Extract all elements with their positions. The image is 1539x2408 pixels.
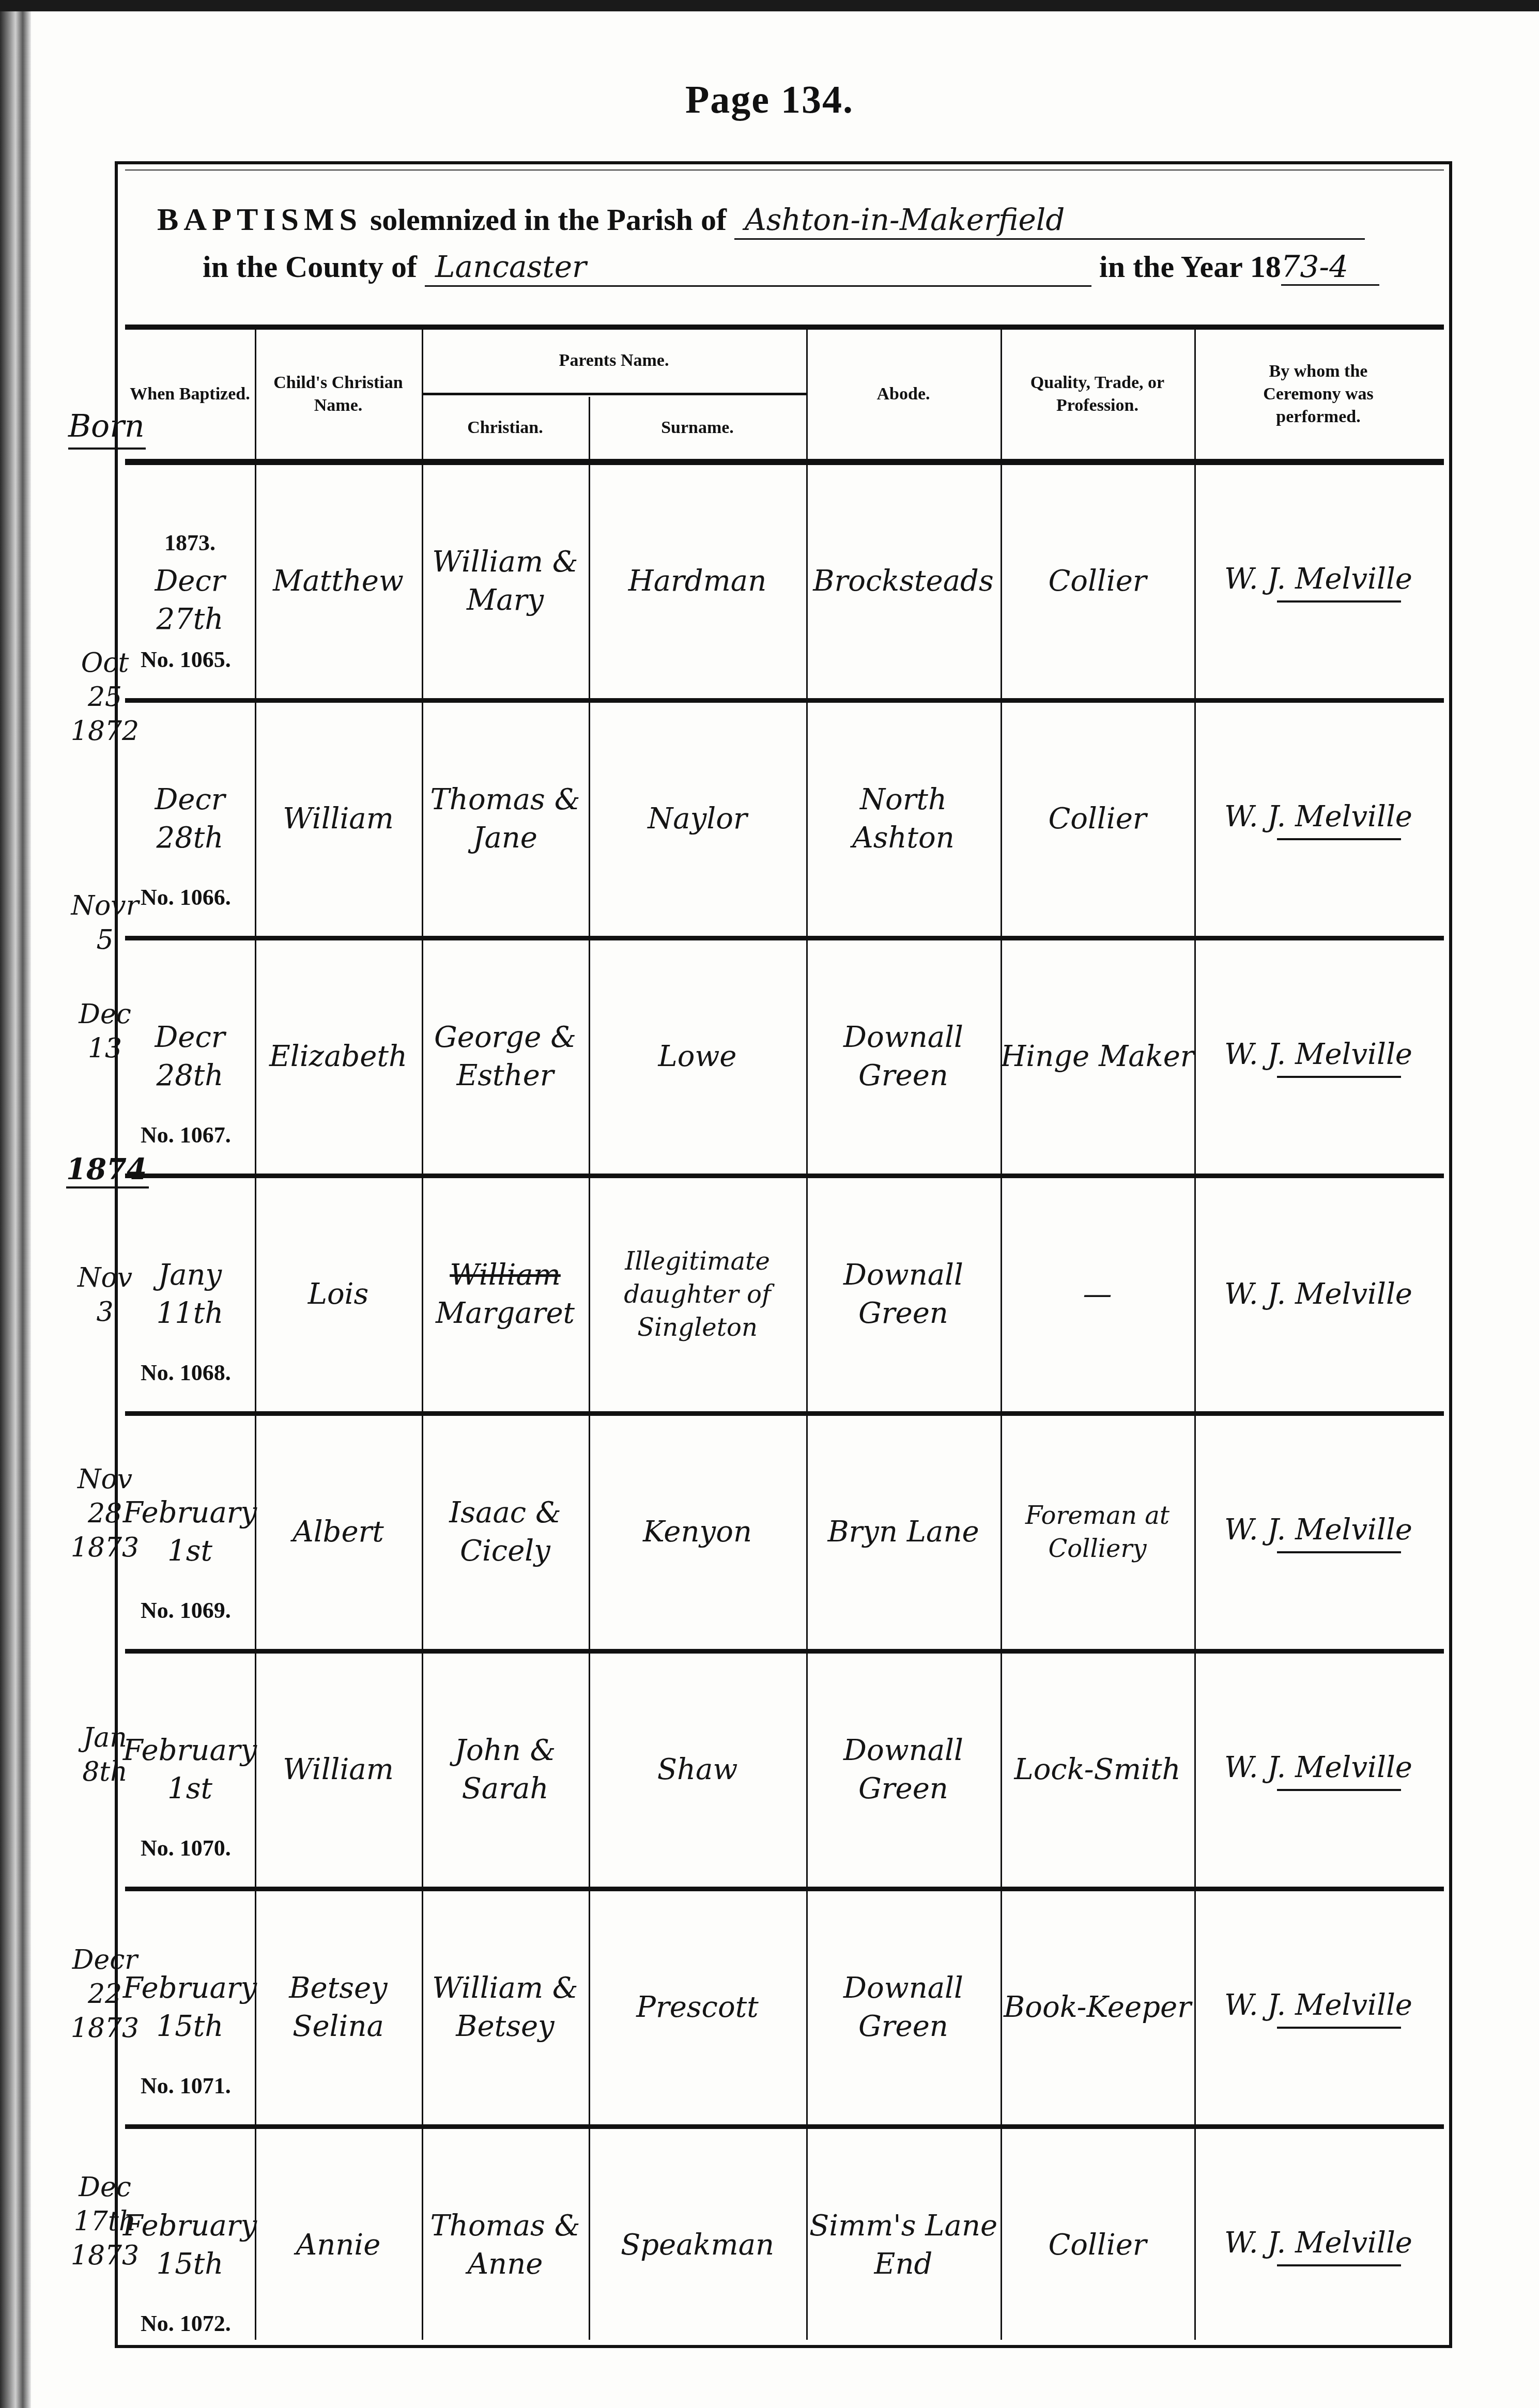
heading-parish-label: solemnized in the Parish of	[370, 203, 727, 237]
cell-by-whom: W. J. Melville	[1194, 465, 1442, 698]
county-field: Lancaster	[425, 249, 1091, 287]
cell-when-baptized: February 1st No. 1070.	[125, 1654, 255, 1886]
cell-surname: Kenyon	[589, 1416, 806, 1648]
row-divider	[125, 1411, 1444, 1416]
table-row: February 15th No. 1072. Annie Thomas & A…	[125, 2129, 1444, 2367]
cell-abode: Simm's Lane End	[806, 2129, 1001, 2361]
row-divider	[125, 936, 1444, 940]
table-row: February 1st No. 1070. William John & Sa…	[125, 1654, 1444, 1891]
baptism-date: Decr 27th	[125, 562, 255, 639]
heading-county-label: in the County of	[203, 250, 417, 284]
page-top-edge	[0, 0, 1539, 11]
page-number: Page 134.	[0, 78, 1539, 122]
cell-abode: Downall Green	[806, 1891, 1001, 2124]
minister-signature: W. J. Melville	[1224, 2224, 1412, 2262]
header-by-whom: By whom the Ceremony was performed.	[1194, 330, 1442, 459]
cell-parents-christian: George & Esther	[422, 940, 589, 1173]
mother-name: Margaret	[436, 1294, 575, 1333]
minister-signature: W. J. Melville	[1224, 1511, 1412, 1549]
cell-by-whom: W. J. Melville	[1194, 940, 1442, 1173]
signature-underline	[1277, 1551, 1401, 1553]
header-abode: Abode.	[806, 330, 1001, 459]
cell-surname: Hardman	[589, 465, 806, 698]
header-when-baptized: When Baptized.	[125, 330, 255, 459]
table-row: February 1st No. 1069. Albert Isaac & Ci…	[125, 1416, 1444, 1654]
heading-line-1: BAPTISMS solemnized in the Parish of Ash…	[157, 202, 1365, 240]
register-frame: BAPTISMS solemnized in the Parish of Ash…	[115, 161, 1452, 2348]
entry-year: 1873.	[164, 524, 216, 562]
baptism-date: February 15th	[123, 2207, 257, 2283]
cell-quality: Lock-Smith	[1001, 1654, 1194, 1886]
minister-signature: W. J. Melville	[1224, 1275, 1412, 1314]
cell-by-whom: W. J. Melville	[1194, 703, 1442, 935]
heading-year-label: in the Year 18	[1099, 250, 1281, 284]
cell-by-whom: W. J. Melville	[1194, 1416, 1442, 1648]
signature-underline	[1277, 1076, 1401, 1078]
cell-quality: Collier	[1001, 2129, 1194, 2361]
header-divider	[125, 459, 1444, 465]
cell-quality: Collier	[1001, 703, 1194, 935]
entry-number: No. 1071.	[141, 2067, 231, 2105]
table-row: February 15th No. 1071. Betsey Selina Wi…	[125, 1891, 1444, 2129]
cell-when-baptized: February 15th No. 1072.	[125, 2129, 255, 2361]
entry-number: No. 1065.	[141, 641, 231, 679]
header-parents-christian: Christian.	[422, 397, 589, 459]
cell-surname: Shaw	[589, 1654, 806, 1886]
minister-signature: W. J. Melville	[1224, 1749, 1412, 1787]
cell-by-whom: W. J. Melville	[1194, 1654, 1442, 1886]
cell-child-name: William	[255, 1654, 422, 1886]
baptism-date: February 1st	[123, 1732, 257, 1808]
cell-parents-christian: Thomas & Anne	[422, 2129, 589, 2361]
table-row: Jany 11th No. 1068. Lois William Margare…	[125, 1178, 1444, 1416]
cell-when-baptized: 1873. Decr 27th No. 1065.	[125, 465, 255, 698]
cell-parents-christian: William & Mary	[422, 465, 589, 698]
cell-quality: Foreman at Colliery	[1001, 1416, 1194, 1648]
cell-child-name: Elizabeth	[255, 940, 422, 1173]
register-heading: BAPTISMS solemnized in the Parish of Ash…	[125, 171, 1444, 325]
cell-abode: Downall Green	[806, 940, 1001, 1173]
row-divider	[125, 1887, 1444, 1891]
cell-child-name: Lois	[255, 1178, 422, 1411]
cell-surname: Prescott	[589, 1891, 806, 2124]
cell-child-name: Betsey Selina	[255, 1891, 422, 2124]
row-divider	[125, 2124, 1444, 2129]
heading-divider	[125, 325, 1444, 330]
cell-by-whom: W. J. Melville	[1194, 1891, 1442, 2124]
entry-number: No. 1068.	[141, 1354, 231, 1392]
row-divider	[125, 698, 1444, 703]
row-divider	[125, 1174, 1444, 1178]
cell-parents-christian: Thomas & Jane	[422, 703, 589, 935]
parish-field: Ashton-in-Makerfield	[734, 202, 1365, 240]
year-field: 73-4	[1281, 249, 1379, 286]
cell-abode: Downall Green	[806, 1654, 1001, 1886]
header-childs-name: Child's Christian Name.	[255, 330, 422, 459]
cell-abode: Bryn Lane	[806, 1416, 1001, 1648]
entry-number: No. 1066.	[141, 878, 231, 917]
minister-signature: W. J. Melville	[1224, 1036, 1412, 1074]
cell-parents-christian: William & Betsey	[422, 1891, 589, 2124]
cell-quality: Collier	[1001, 465, 1194, 698]
table-row: Decr 28th No. 1066. William Thomas & Jan…	[125, 703, 1444, 940]
cell-when-baptized: Decr 28th No. 1067.	[125, 940, 255, 1173]
cell-abode: North Ashton	[806, 703, 1001, 935]
cell-surname: Lowe	[589, 940, 806, 1173]
cell-when-baptized: February 1st No. 1069.	[125, 1416, 255, 1648]
cell-when-baptized: February 15th No. 1071.	[125, 1891, 255, 2124]
row-divider	[125, 1649, 1444, 1654]
cell-surname: Illegitimate daughter of Singleton	[589, 1178, 806, 1411]
cell-when-baptized: Jany 11th No. 1068.	[125, 1178, 255, 1411]
cell-child-name: William	[255, 703, 422, 935]
cell-when-baptized: Decr 28th No. 1066.	[125, 703, 255, 935]
cell-child-name: Matthew	[255, 465, 422, 698]
table-row: Decr 28th No. 1067. Elizabeth George & E…	[125, 940, 1444, 1178]
baptism-date: February 1st	[123, 1494, 257, 1570]
cell-by-whom: W. J. Melville	[1194, 1178, 1442, 1411]
header-parents-surname: Surname.	[589, 397, 806, 459]
signature-underline	[1277, 2027, 1401, 2029]
entry-number: No. 1072.	[141, 2305, 231, 2343]
register-table: When Baptized. Child's Christian Name. P…	[125, 330, 1444, 2340]
cell-by-whom: W. J. Melville	[1194, 2129, 1442, 2361]
cell-abode: Downall Green	[806, 1178, 1001, 1411]
heading-line-2: in the County of Lancaster in the Year 1…	[203, 249, 1379, 287]
baptism-date: Decr 28th	[125, 1018, 255, 1095]
parents-divider	[422, 393, 806, 395]
born-margin: Born Oct 25 1872 Novr 5 Dec 13 1874 Nov …	[32, 0, 114, 2408]
cell-parents-christian: William Margaret	[422, 1178, 589, 1411]
header-quality: Quality, Trade, or Profession.	[1001, 330, 1194, 459]
heading-baptisms: BAPTISMS	[157, 202, 362, 237]
signature-underline	[1277, 2264, 1401, 2266]
cell-abode: Brocksteads	[806, 465, 1001, 698]
cell-parents-christian: John & Sarah	[422, 1654, 589, 1886]
cell-parents-christian: Isaac & Cicely	[422, 1416, 589, 1648]
header-parents-name: Parents Name.	[422, 330, 806, 392]
signature-underline	[1277, 600, 1401, 603]
baptism-date: February 15th	[123, 1969, 257, 2046]
entry-number: No. 1070.	[141, 1829, 231, 1867]
minister-signature: W. J. Melville	[1224, 1986, 1412, 2025]
struck-through-name: William	[450, 1256, 561, 1294]
table-row: 1873. Decr 27th No. 1065. Matthew Willia…	[125, 465, 1444, 703]
baptism-date: Decr 28th	[125, 781, 255, 857]
cell-surname: Speakman	[589, 2129, 806, 2361]
signature-underline	[1277, 1789, 1401, 1791]
book-binding-edge	[0, 0, 31, 2408]
cell-child-name: Albert	[255, 1416, 422, 1648]
minister-signature: W. J. Melville	[1224, 560, 1412, 598]
baptism-date: Jany 11th	[125, 1256, 255, 1333]
cell-child-name: Annie	[255, 2129, 422, 2361]
minister-signature: W. J. Melville	[1224, 798, 1412, 836]
entry-number: No. 1067.	[141, 1116, 231, 1154]
cell-quality: —	[1001, 1178, 1194, 1411]
cell-quality: Hinge Maker	[1001, 940, 1194, 1173]
cell-quality: Book-Keeper	[1001, 1891, 1194, 2124]
signature-underline	[1277, 838, 1401, 840]
entry-number: No. 1069.	[141, 1592, 231, 1630]
cell-surname: Naylor	[589, 703, 806, 935]
